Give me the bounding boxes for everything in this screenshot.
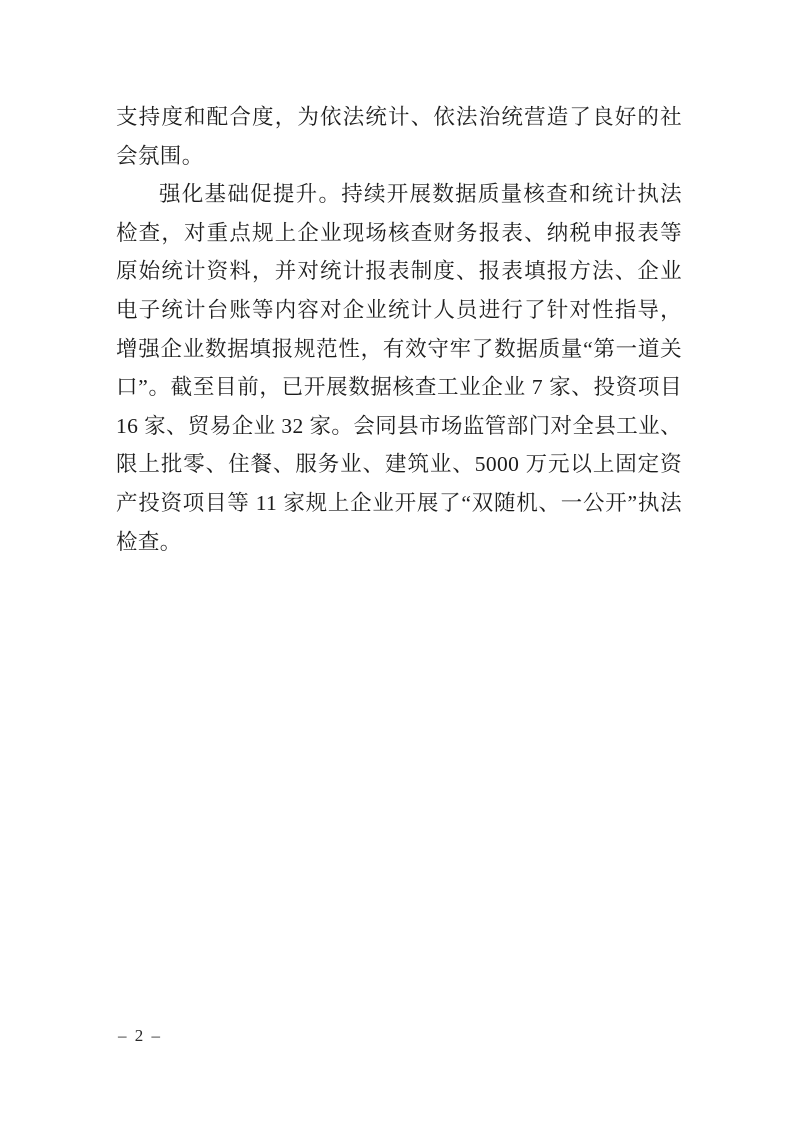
page-number: – 2 –	[118, 1024, 162, 1048]
paragraph-main: 强化基础促提升。持续开展数据质量核查和统计执法检查，对重点规上企业现场核查财务报…	[116, 175, 682, 561]
paragraph-continuation: 支持度和配合度，为依法统计、依法治统营造了良好的社会氛围。	[116, 98, 682, 175]
document-body: 支持度和配合度，为依法统计、依法治统营造了良好的社会氛围。 强化基础促提升。持续…	[116, 98, 682, 561]
document-page: 支持度和配合度，为依法统计、依法治统营造了良好的社会氛围。 强化基础促提升。持续…	[0, 0, 793, 1122]
